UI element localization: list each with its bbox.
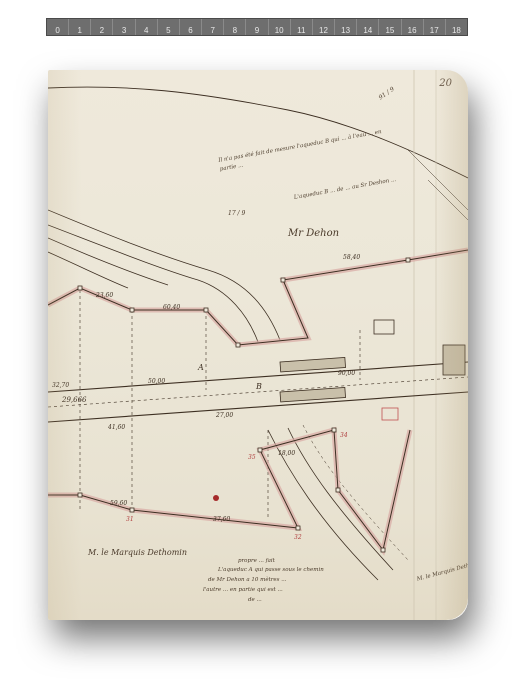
point-label: A bbox=[198, 363, 204, 372]
bottom-note-line: propre ... fait bbox=[238, 558, 275, 564]
point-label: 32 bbox=[294, 534, 302, 541]
ruler-tick: 10 bbox=[268, 19, 290, 35]
bottom-note-line: L'aqueduc A qui passe sous le chemin bbox=[218, 567, 324, 573]
ruler-tick: 6 bbox=[179, 19, 201, 35]
measurement-label: 60,40 bbox=[163, 304, 180, 311]
fraction-annotation: 17 / 9 bbox=[228, 210, 245, 217]
ruler-tick: 9 bbox=[245, 19, 267, 35]
ruler-tick: 2 bbox=[90, 19, 112, 35]
measurement-ruler: 0 1 2 3 4 5 6 7 8 9 10 11 12 13 14 15 16… bbox=[46, 18, 468, 36]
owner-label-bottom-left: M. le Marquis Dethomin bbox=[88, 548, 187, 557]
measurement-label: 50,00 bbox=[148, 378, 165, 385]
bottom-note-line: de ... bbox=[248, 597, 262, 603]
ruler-tick: 17 bbox=[423, 19, 445, 35]
ruler-tick: 8 bbox=[223, 19, 245, 35]
measurement-label: 18,00 bbox=[278, 450, 295, 457]
measurement-label: 37,60 bbox=[213, 516, 230, 523]
measurement-label: 32,70 bbox=[52, 382, 69, 389]
ruler-tick: 12 bbox=[312, 19, 334, 35]
ruler-tick: 14 bbox=[356, 19, 378, 35]
measurement-label: 23,60 bbox=[96, 292, 113, 299]
measurement-label: 90,00 bbox=[338, 370, 355, 377]
ruler-tick: 1 bbox=[68, 19, 90, 35]
ruler-tick: 7 bbox=[201, 19, 223, 35]
page-number: 20 bbox=[439, 78, 452, 89]
ruler-tick: 0 bbox=[47, 19, 68, 35]
ruler-tick: 18 bbox=[445, 19, 467, 35]
point-label: 31 bbox=[126, 516, 134, 523]
ruler-tick: 5 bbox=[157, 19, 179, 35]
measurement-label: 41,60 bbox=[108, 424, 125, 431]
ruler-tick: 11 bbox=[290, 19, 312, 35]
owner-label-top: Mr Dehon bbox=[288, 228, 339, 239]
ruler-tick: 13 bbox=[334, 19, 356, 35]
ruler-tick: 4 bbox=[135, 19, 157, 35]
measurement-label: 27,00 bbox=[216, 412, 233, 419]
bottom-note-line: de Mr Dehon a 10 mètres ... bbox=[208, 577, 287, 583]
point-label: 34 bbox=[340, 432, 348, 439]
ruler-tick: 15 bbox=[378, 19, 400, 35]
ruler-tick: 3 bbox=[112, 19, 134, 35]
measurement-label: 58,40 bbox=[343, 254, 360, 261]
bottom-note-line: l'autre ... en partie qui est ... bbox=[203, 587, 283, 593]
point-label: B bbox=[256, 382, 262, 391]
measurement-label: 59,60 bbox=[110, 500, 127, 507]
measurement-label: 29,666 bbox=[62, 396, 87, 404]
point-label: 35 bbox=[248, 454, 256, 461]
ruler-tick: 16 bbox=[401, 19, 423, 35]
survey-map-sheet: 20 91 / 9 17 / 9 Il n'a pas été fait de … bbox=[48, 70, 468, 620]
